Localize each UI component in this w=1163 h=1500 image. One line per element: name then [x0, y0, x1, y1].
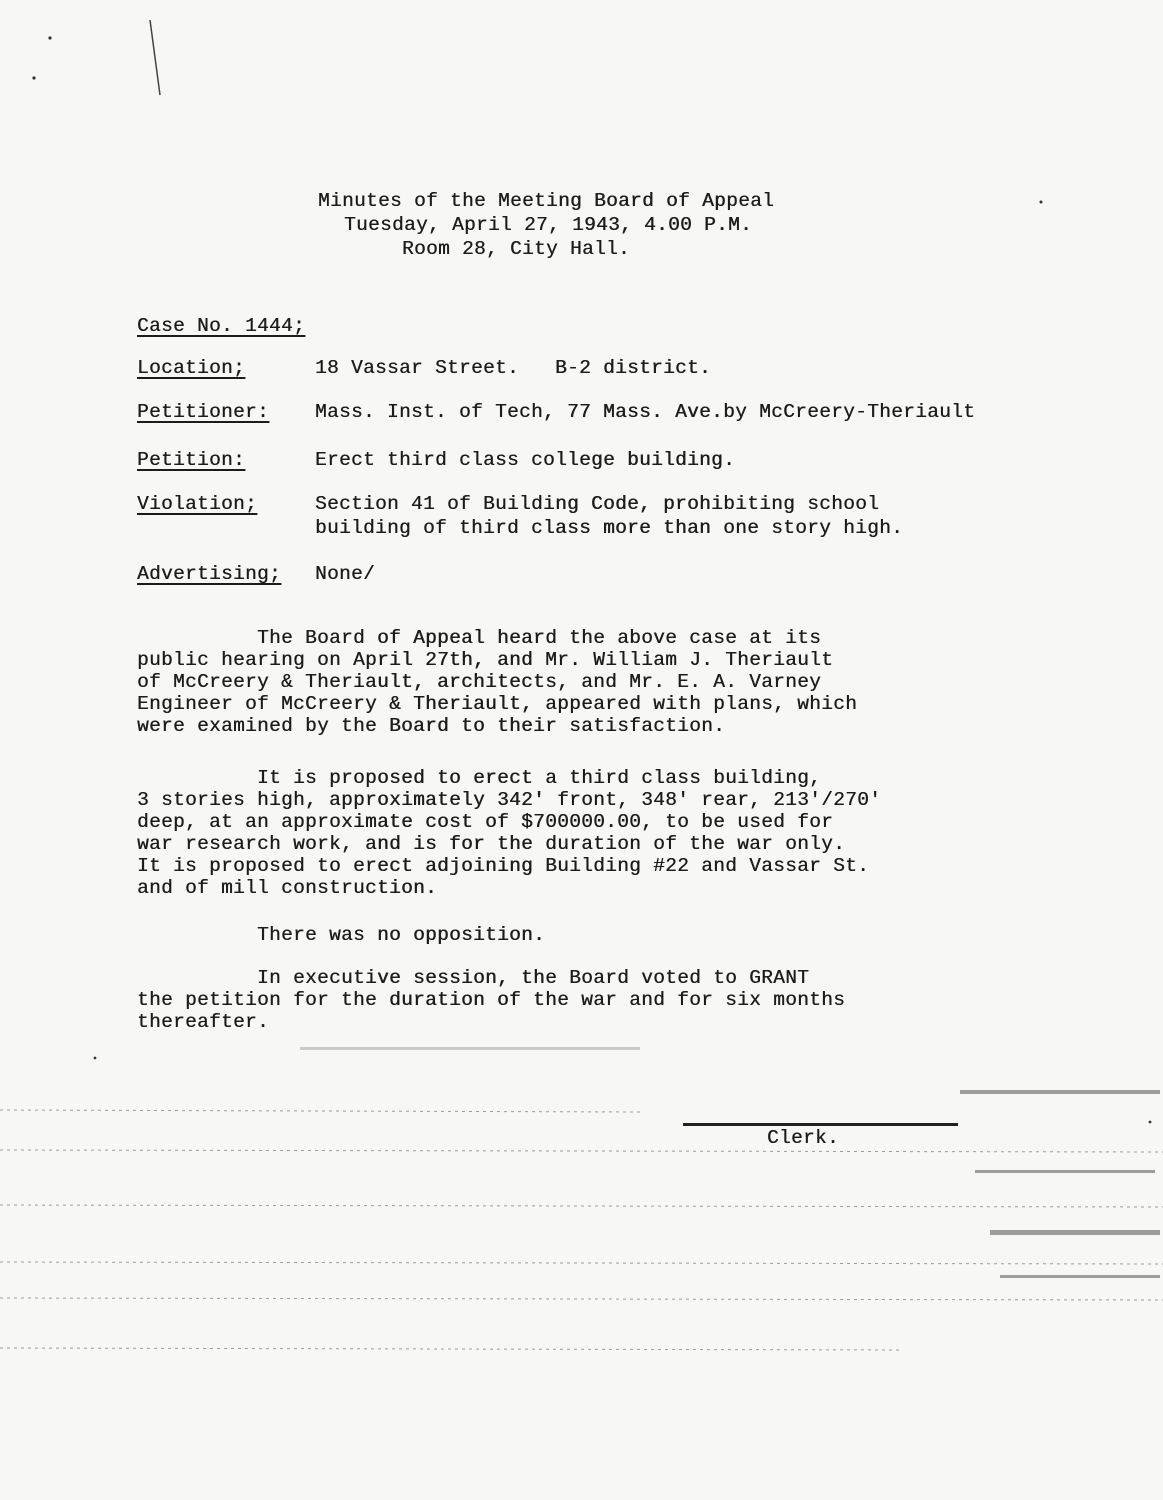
header-title: Minutes of the Meeting Board of Appeal	[318, 190, 774, 212]
paragraph-decision: In executive session, the Board voted to…	[137, 967, 845, 1033]
paragraph-line: It is proposed to erect adjoining Buildi…	[137, 855, 881, 877]
paragraph-proposal: It is proposed to erect a third class bu…	[137, 767, 881, 899]
field-violation-value-line2: building of third class more than one st…	[315, 517, 903, 539]
signature-title: Clerk.	[767, 1127, 839, 1149]
paragraph-line: The Board of Appeal heard the above case…	[137, 627, 857, 649]
field-advertising-value: None/	[315, 563, 375, 585]
field-petitioner-label: Petitioner:	[137, 401, 269, 423]
header-location: Room 28, City Hall.	[402, 238, 630, 260]
paragraph-line: war research work, and is for the durati…	[137, 833, 881, 855]
field-location-value: 18 Vassar Street. B-2 district.	[315, 357, 711, 379]
paragraph-line: and of mill construction.	[137, 877, 881, 899]
field-location-label: Location;	[137, 357, 245, 379]
paragraph-line: thereafter.	[137, 1011, 845, 1033]
field-violation-label: Violation;	[137, 493, 257, 515]
paragraph-line: public hearing on April 27th, and Mr. Wi…	[137, 649, 857, 671]
paragraph-line: In executive session, the Board voted to…	[137, 967, 845, 989]
paragraph-line: were examined by the Board to their sati…	[137, 715, 857, 737]
paragraph-line: the petition for the duration of the war…	[137, 989, 845, 1011]
document-page: Minutes of the Meeting Board of Appeal T…	[0, 0, 1163, 1500]
case-number-label: Case No. 1444;	[137, 315, 305, 337]
paragraph-opposition: There was no opposition.	[137, 924, 545, 946]
paragraph-line: Engineer of McCreery & Theriault, appear…	[137, 693, 857, 715]
paragraph-line: 3 stories high, approximately 342' front…	[137, 789, 881, 811]
paragraph-line: There was no opposition.	[137, 924, 545, 946]
field-advertising-label: Advertising;	[137, 563, 281, 585]
field-petitioner-value: Mass. Inst. of Tech, 77 Mass. Ave.by McC…	[315, 401, 975, 423]
field-petition-label: Petition:	[137, 449, 245, 471]
paragraph-line: of McCreery & Theriault, architects, and…	[137, 671, 857, 693]
field-violation-value-line1: Section 41 of Building Code, prohibiting…	[315, 493, 879, 515]
signature-line	[683, 1123, 958, 1126]
paragraph-line: It is proposed to erect a third class bu…	[137, 767, 881, 789]
field-petition-value: Erect third class college building.	[315, 449, 735, 471]
paragraph-hearing: The Board of Appeal heard the above case…	[137, 627, 857, 737]
paragraph-line: deep, at an approximate cost of $700000.…	[137, 811, 881, 833]
header-date: Tuesday, April 27, 1943, 4.00 P.M.	[344, 214, 752, 236]
